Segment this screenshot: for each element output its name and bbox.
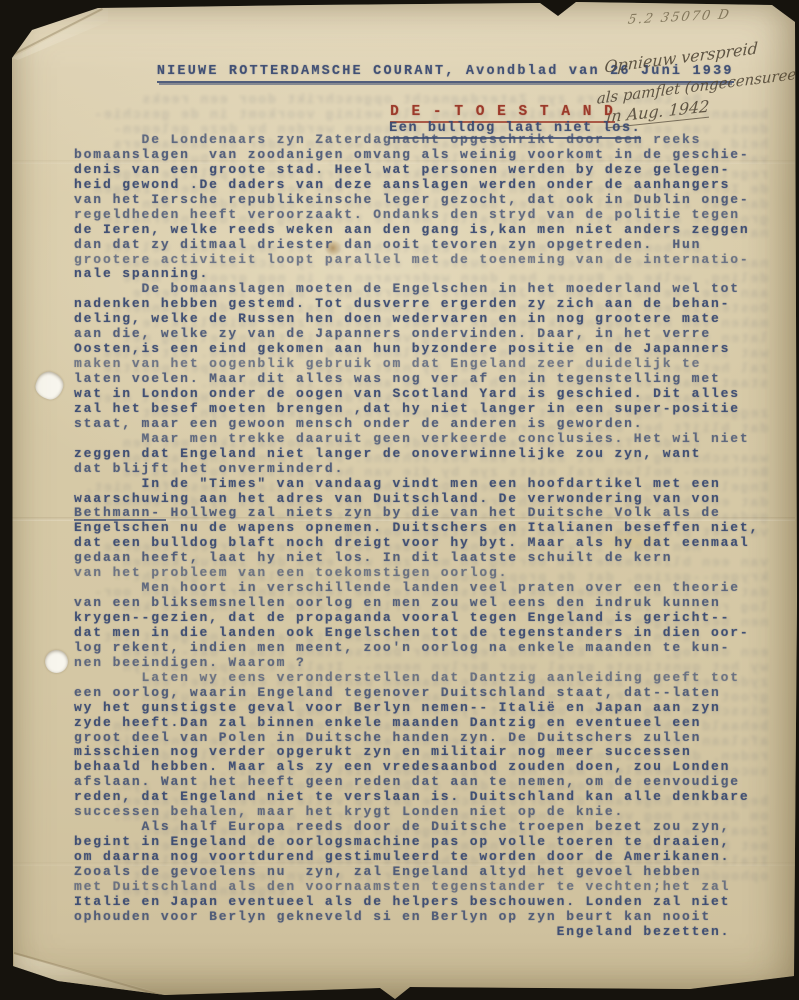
body-line: de Ieren, welke reeds weken aan den gang… — [74, 222, 784, 237]
body-line: Maar men trekke daaruit geen verkeerde c… — [74, 431, 784, 446]
body-line: misschien nog verder opgerukt zyn en mil… — [74, 744, 784, 759]
body-line: maken van het oogenblik gebruik om dat E… — [74, 356, 784, 371]
body-line: zeggen dat Engeland niet langer de onove… — [74, 446, 784, 461]
body-line: deling, welke de Russen hen doen wederva… — [74, 311, 784, 326]
body-line: Engelschen nu de wapens opnemen. Duitsch… — [74, 520, 784, 535]
body-line: Men hoort in verschillende landen veel p… — [74, 580, 784, 595]
body-line: grootere activiteit loopt parallel met d… — [74, 252, 784, 267]
archive-number: 5.2 35070 D — [627, 7, 733, 28]
body-line: denis van een groote stad. Heel wat pers… — [74, 162, 784, 177]
body-line: groot deel van Polen in Duitsche handen … — [74, 730, 784, 745]
body-line: staat, maar een gewoon mensch onder de a… — [74, 416, 784, 431]
body-line: om daarna nog voortdurend gestimuleerd t… — [74, 849, 784, 864]
body-line: wy het gunstigste geval voor Berlyn neme… — [74, 700, 784, 715]
body-line: dat een bulldog blaft noch dreigt voor h… — [74, 535, 784, 550]
punch-hole-top — [32, 368, 66, 402]
body-line: gedaan heeft, laat hy niet los. In dit l… — [74, 550, 784, 565]
body-line: aan die, welke zy van de Japanners onder… — [74, 326, 784, 341]
body-line: begint in Engeland de oorlogsmachine pas… — [74, 834, 784, 849]
body-line: In de "Times" van vandaag vindt men een … — [74, 476, 784, 491]
body-line: Laten wy eens veronderstellen dat Dantzi… — [74, 670, 784, 685]
body-line: dat blijft het onverminderd. — [74, 461, 784, 476]
body-line: krygen--gezien, dat de propaganda vooral… — [74, 610, 784, 625]
body-line: van een bliksemsnellen oorlog en men zou… — [74, 595, 784, 610]
corner-fold-crease — [8, 8, 103, 58]
body-line: heid gewond .De daders van deze aanslage… — [74, 177, 784, 192]
body-line: zyde heeft.Dan zal binnen enkele maanden… — [74, 715, 784, 730]
body-line: van het Iersche republikeinsche leger ge… — [74, 192, 784, 207]
body-line: De bomaanslagen moeten de Engelschen in … — [74, 281, 784, 296]
bethmann-underline — [74, 519, 166, 521]
body-line: met Duitschland als den voornaamsten teg… — [74, 879, 784, 894]
body-line: laten voelen. Maar dit alles was nog ver… — [74, 371, 784, 386]
body-line: afslaan. Want het heeft geen reden dat a… — [74, 774, 784, 789]
body-line: successen behalen, maar het krygt Londen… — [74, 804, 784, 819]
body-line: bomaanslagen van zoodanigen omvang als w… — [74, 147, 784, 162]
paper-sheet: De Londenaars zyn Zaterdagnacht opgeschr… — [0, 0, 799, 1000]
punch-hole-bottom — [45, 650, 68, 673]
body-line: zal het besef moeten brengen ,dat hy nie… — [74, 401, 784, 416]
body-line: waarschuwing aan het adres van Duitschla… — [74, 491, 784, 506]
body-line: Bethmann- Hollweg zal niets zyn by die v… — [74, 505, 784, 520]
scan-background: De Londenaars zyn Zaterdagnacht opgeschr… — [0, 0, 799, 1000]
body-line: nale spanning. — [74, 266, 784, 281]
body-line: reden, dat Engeland niet te verslaan is.… — [74, 789, 784, 804]
body-line: behaald hebben. Maar als zy een vredesaa… — [74, 759, 784, 774]
body-line: Zooals de gevoelens nu zyn, zal Engeland… — [74, 864, 784, 879]
article-body: De Londenaars zyn Zaterdagnacht opgeschr… — [74, 132, 784, 939]
body-line: nadenken hebben gestemd. Tot dusverre er… — [74, 296, 784, 311]
body-line: Oosten,is een eind gekomen aan hun byzon… — [74, 341, 784, 356]
body-line: regeldheden heeft veroorzaakt. Ondanks d… — [74, 207, 784, 222]
body-line: wat in London onder de oogen van Scotlan… — [74, 386, 784, 401]
body-line: De Londenaars zyn Zaterdagnacht opgeschr… — [74, 132, 784, 147]
body-line: log rekent, indien men meent, zoo'n oorl… — [74, 640, 784, 655]
body-line: dat men in die landen ook Engelschen tot… — [74, 625, 784, 640]
body-line: dan dat zy ditmaal driester dan ooit tev… — [74, 237, 784, 252]
corner-fold-crease — [14, 952, 180, 1000]
body-line: van het probleem van een toekomstigen oo… — [74, 565, 784, 580]
body-line: Engeland bezetten. — [74, 924, 784, 939]
corner-fold-top-left — [12, 8, 108, 60]
body-line: Als half Europa reeds door de Duitsche t… — [74, 819, 784, 834]
body-line: een oorlog, waarin Engeland tegenover Du… — [74, 685, 784, 700]
body-line: nen beeindigen. Waarom ? — [74, 655, 784, 670]
body-line: Italie en Japan eventueel als de helpers… — [74, 894, 784, 909]
body-line: ophouden voor Berlyn gekneveld si en Ber… — [74, 909, 784, 924]
